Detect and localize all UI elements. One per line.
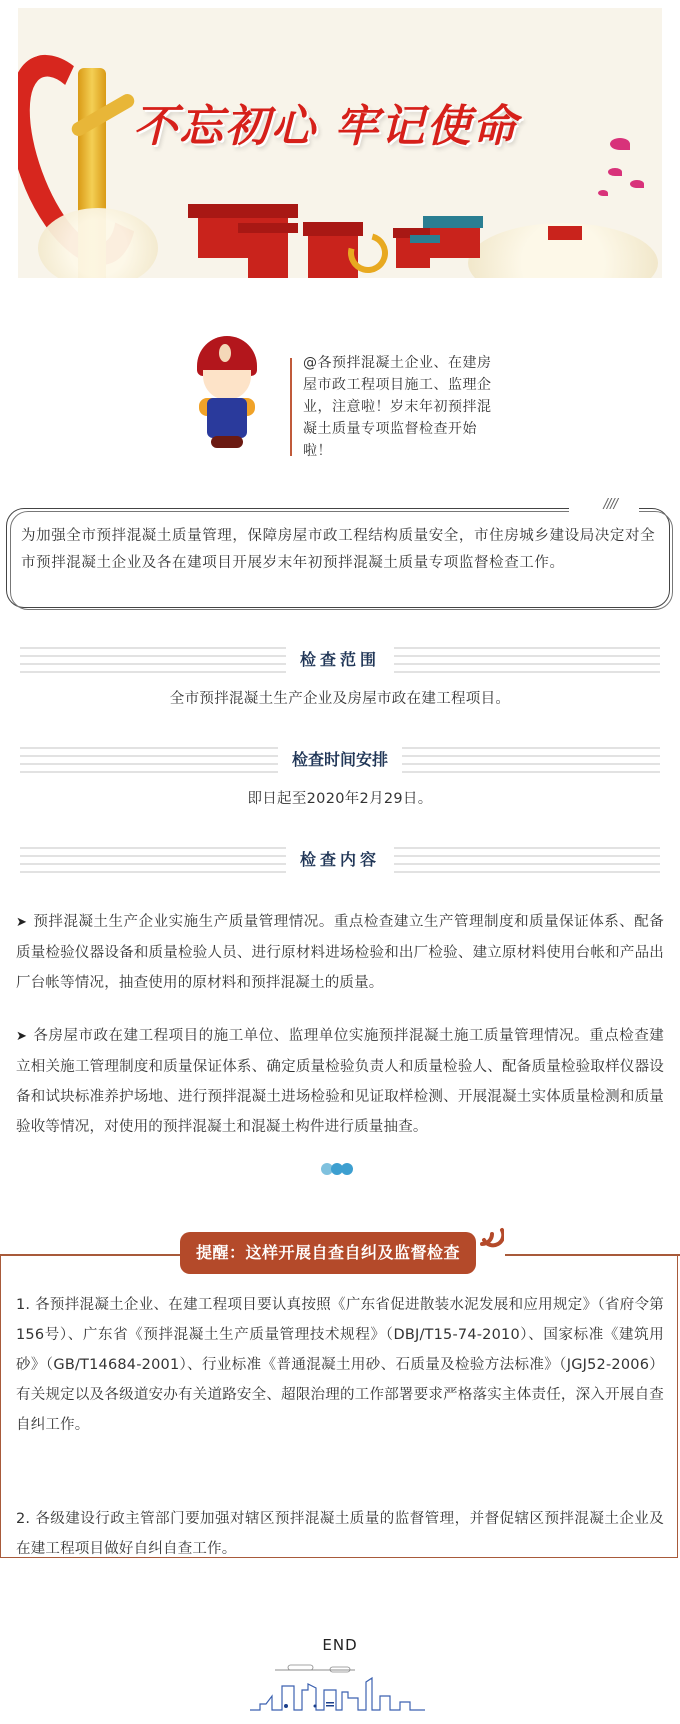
reminder-border-line	[505, 1254, 680, 1256]
section-title: 检查时间安排	[278, 746, 402, 776]
content-item: ➤各房屋市政在建工程项目的施工单位、监理单位实施预拌混凝土施工质量管理情况。重点…	[16, 1021, 664, 1142]
section-body-scope: 全市预拌混凝土生产企业及房屋市政在建工程项目。	[0, 687, 680, 708]
dot-icon	[341, 1163, 353, 1175]
section-header-schedule: 检查时间安排	[20, 746, 660, 776]
notice-box: //// 为加强全市预拌混凝土质量管理，保障房屋市政工程结构质量安全，市住房城乡…	[6, 508, 670, 608]
content-item-text: 预拌混凝土生产企业实施生产质量管理情况。重点检查建立生产管理制度和质量保证体系、…	[16, 914, 664, 991]
banner-slogan: 不忘初心 牢记使命	[133, 90, 603, 154]
section-body-schedule: 即日起至2020年2月29日。	[0, 787, 680, 808]
arrow-bullet-icon: ➤	[16, 915, 27, 930]
bird-icon	[630, 180, 644, 188]
section-header-scope: 检查范围	[20, 646, 660, 676]
bird-icon	[598, 190, 608, 196]
section-title: 检查范围	[286, 646, 394, 676]
notice-text: 为加强全市预拌混凝土质量管理，保障房屋市政工程结构质量安全，市住房城乡建设局决定…	[21, 523, 657, 577]
end-label: END	[0, 1636, 680, 1654]
header-banner: 不忘初心 牢记使命	[18, 8, 662, 278]
intro-callout: @各预拌混凝土企业、在建房屋市政工程项目施工、监理企业，注意啦！岁末年初预拌混凝…	[185, 336, 505, 456]
dots-divider	[321, 1163, 361, 1175]
section-title: 检查内容	[286, 846, 394, 876]
construction-worker-mascot-icon	[185, 336, 265, 456]
city-skyline-icon	[250, 1660, 430, 1716]
reminder-item: 1. 各预拌混凝土企业、在建工程项目要认真按照《广东省促进散装水泥发展和应用规定…	[16, 1290, 664, 1440]
arrow-bullet-icon: ➤	[16, 1029, 27, 1044]
hatch-decoration: ////	[603, 497, 617, 512]
cloud-decoration	[38, 208, 158, 278]
content-item-text: 各房屋市政在建工程项目的施工单位、监理单位实施预拌混凝土施工质量管理情况。重点检…	[16, 1028, 664, 1135]
reminder-item: 2. 各级建设行政主管部门要加强对辖区预拌混凝土质量的监督管理，并督促辖区预拌混…	[16, 1504, 664, 1564]
section-header-content: 检查内容	[20, 846, 660, 876]
accent-bar	[290, 358, 292, 456]
reminder-title: 提醒：这样开展自查自纠及监督检查	[180, 1232, 476, 1274]
bird-icon	[608, 168, 622, 176]
intro-text: @各预拌混凝土企业、在建房屋市政工程项目施工、监理企业，注意啦！岁末年初预拌混凝…	[303, 352, 503, 462]
signal-waves-icon	[478, 1222, 504, 1248]
bird-icon	[610, 138, 630, 150]
reminder-border-line	[0, 1254, 180, 1256]
content-item: ➤预拌混凝土生产企业实施生产质量管理情况。重点检查建立生产管理制度和质量保证体系…	[16, 907, 664, 998]
